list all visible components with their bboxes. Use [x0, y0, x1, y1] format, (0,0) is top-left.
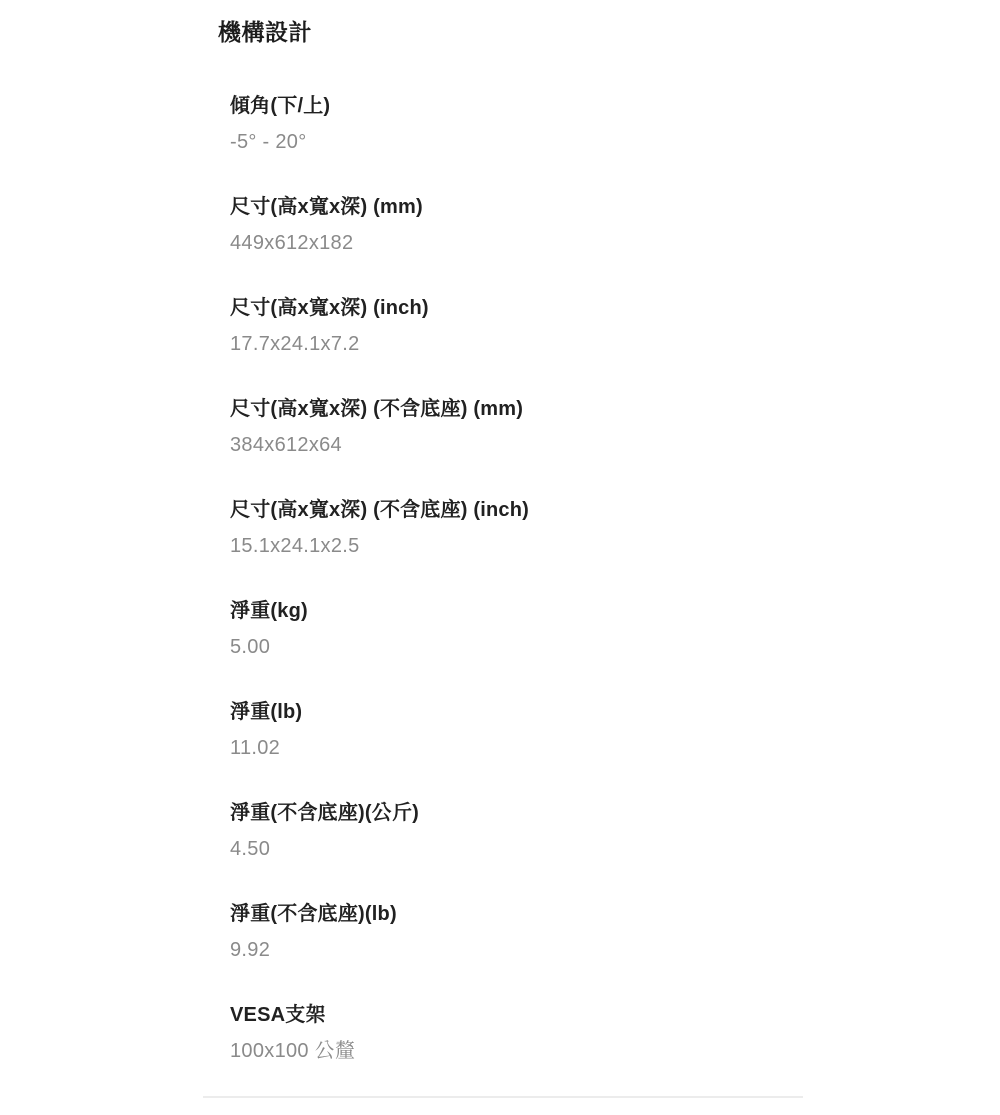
spec-label: 尺寸(高x寬x深) (mm): [230, 194, 1000, 220]
spec-row: 尺寸(高x寬x深) (inch) 17.7x24.1x7.2: [230, 295, 1000, 357]
spec-list: 傾角(下/上) -5° - 20° 尺寸(高x寬x深) (mm) 449x612…: [230, 93, 1000, 1064]
spec-label: 尺寸(高x寬x深) (inch): [230, 295, 1000, 321]
spec-label: 淨重(不含底座)(lb): [230, 901, 1000, 927]
spec-row: 尺寸(高x寬x深) (不含底座) (mm) 384x612x64: [230, 396, 1000, 458]
spec-label: 淨重(不含底座)(公斤): [230, 800, 1000, 826]
spec-label: 傾角(下/上): [230, 93, 1000, 119]
spec-label: VESA支架: [230, 1002, 1000, 1028]
spec-value: 100x100 公釐: [230, 1038, 1000, 1064]
spec-row: 尺寸(高x寬x深) (不含底座) (inch) 15.1x24.1x2.5: [230, 497, 1000, 559]
spec-value: 15.1x24.1x2.5: [230, 533, 1000, 559]
spec-label: 尺寸(高x寬x深) (不含底座) (inch): [230, 497, 1000, 523]
spec-value: 5.00: [230, 634, 1000, 660]
spec-row: 傾角(下/上) -5° - 20°: [230, 93, 1000, 155]
spec-row: VESA支架 100x100 公釐: [230, 1002, 1000, 1064]
spec-value: 17.7x24.1x7.2: [230, 331, 1000, 357]
spec-label: 淨重(kg): [230, 598, 1000, 624]
spec-row: 淨重(lb) 11.02: [230, 699, 1000, 761]
spec-value: -5° - 20°: [230, 129, 1000, 155]
spec-row: 淨重(kg) 5.00: [230, 598, 1000, 660]
section-divider: [203, 1096, 803, 1098]
spec-value: 384x612x64: [230, 432, 1000, 458]
spec-value: 9.92: [230, 937, 1000, 963]
spec-value: 449x612x182: [230, 230, 1000, 256]
spec-label: 淨重(lb): [230, 699, 1000, 725]
spec-row: 尺寸(高x寬x深) (mm) 449x612x182: [230, 194, 1000, 256]
spec-row: 淨重(不含底座)(公斤) 4.50: [230, 800, 1000, 862]
spec-page: 機構設計 傾角(下/上) -5° - 20° 尺寸(高x寬x深) (mm) 44…: [0, 0, 1000, 1115]
spec-row: 淨重(不含底座)(lb) 9.92: [230, 901, 1000, 963]
section-heading: 機構設計: [218, 0, 1000, 46]
spec-value: 11.02: [230, 735, 1000, 761]
spec-value: 4.50: [230, 836, 1000, 862]
spec-label: 尺寸(高x寬x深) (不含底座) (mm): [230, 396, 1000, 422]
